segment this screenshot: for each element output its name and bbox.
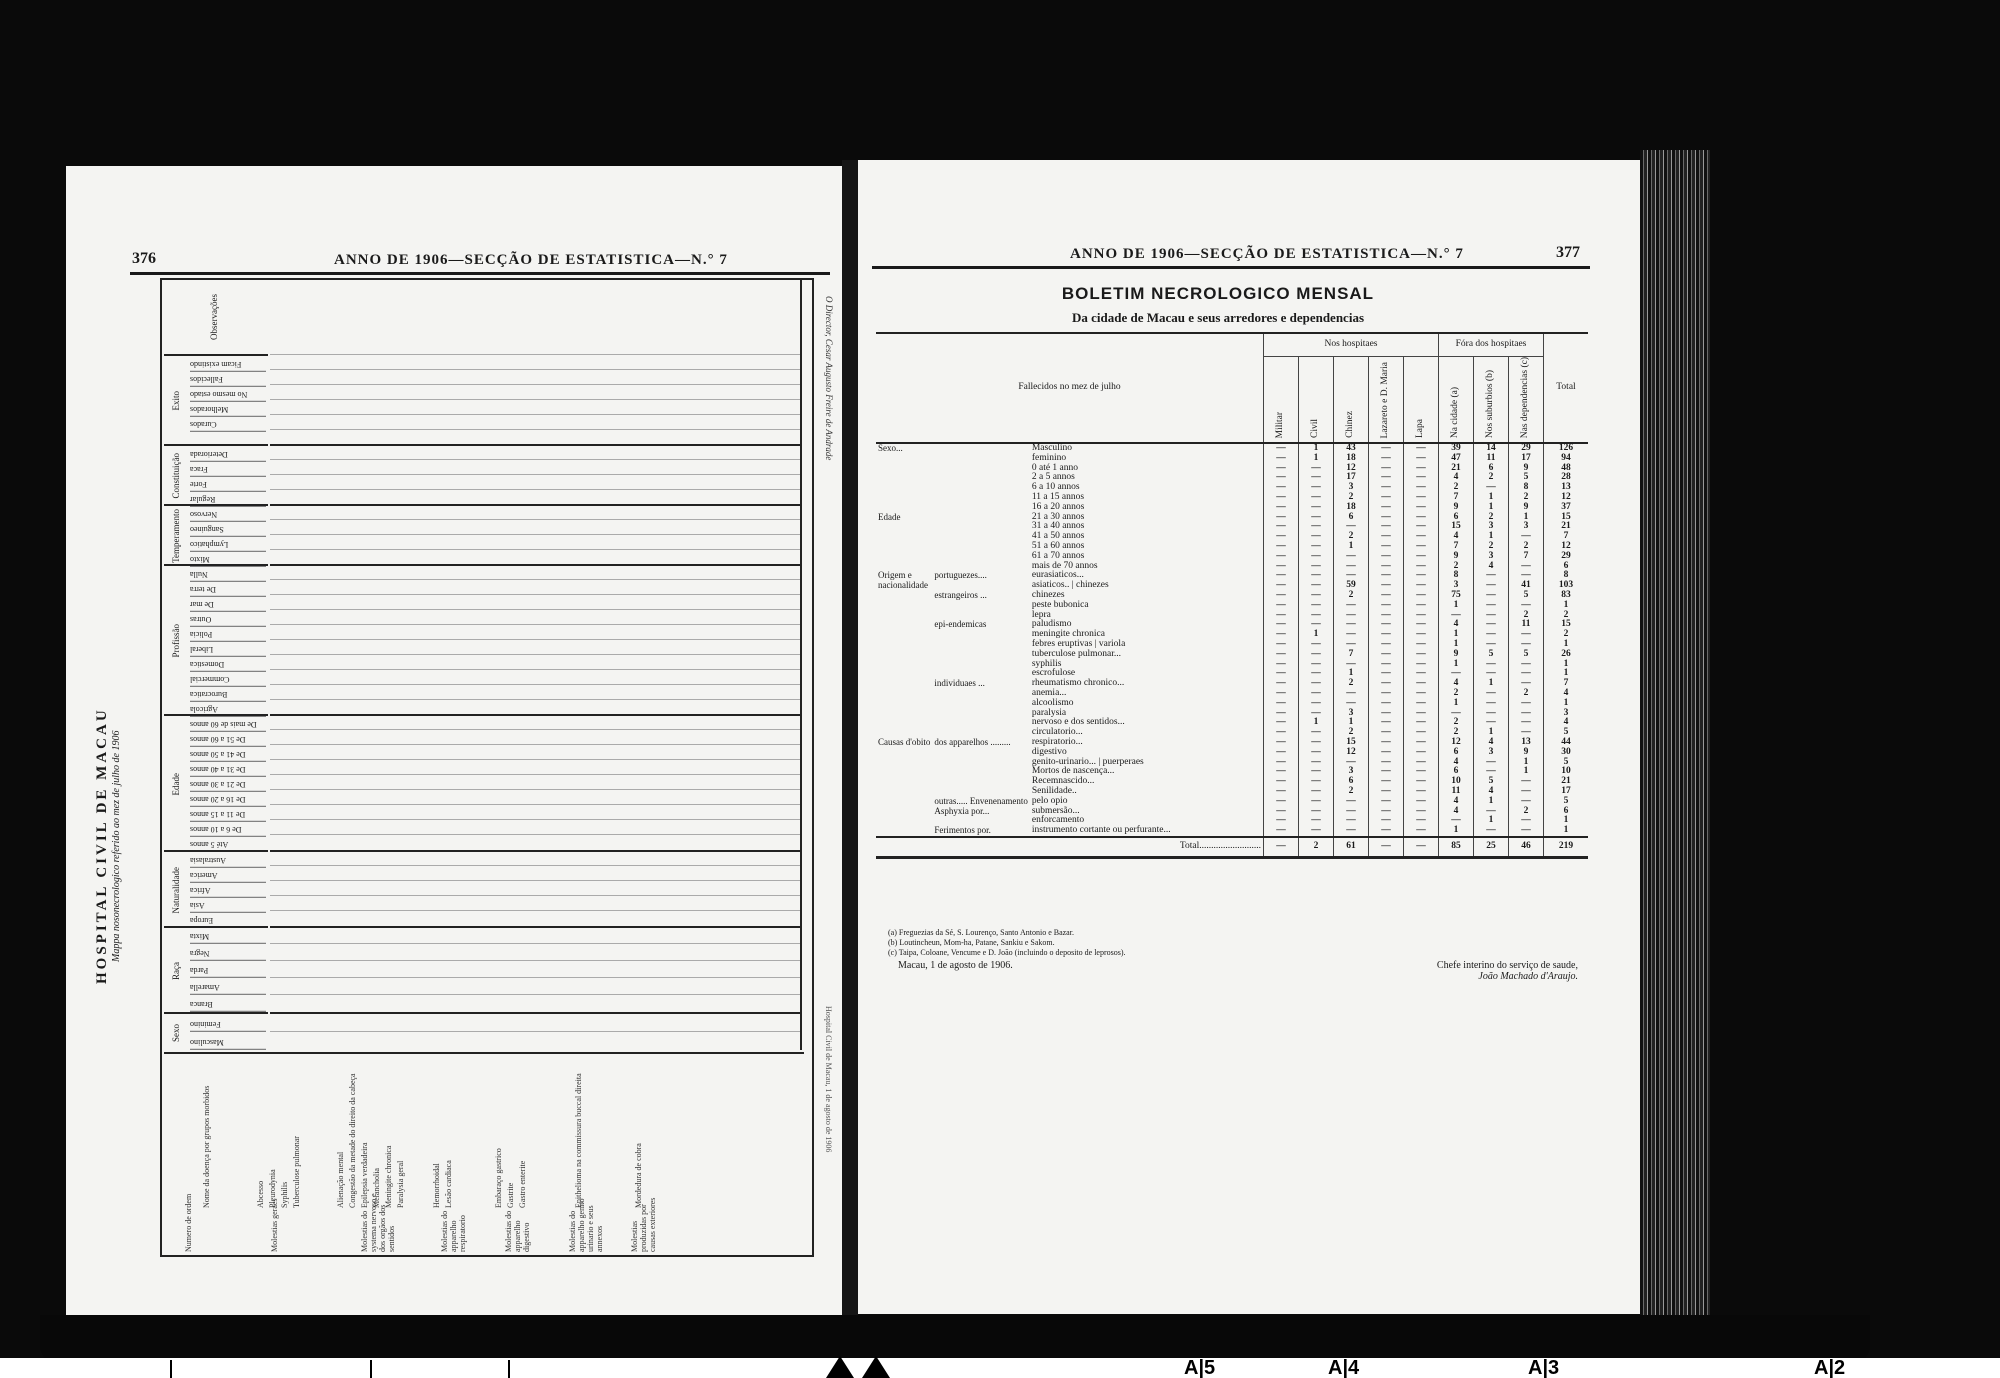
col-label: Melhorados xyxy=(190,401,266,417)
col-label: Nulla xyxy=(190,566,266,582)
disease-item: Paralysia geral xyxy=(396,1058,405,1208)
table-cell xyxy=(876,787,932,797)
table-cell xyxy=(932,464,1029,474)
table-cell: — xyxy=(1264,826,1299,837)
table-cell xyxy=(932,718,1029,728)
footnote-c: (c) Taipa, Coloane, Vencume e D. João (i… xyxy=(888,948,1126,958)
table-cell: Asphyxia por... xyxy=(932,807,1029,817)
col-label: De terra xyxy=(190,581,266,597)
table-row: febres eruptivas | variola—————1——1 xyxy=(876,640,1588,650)
col-lazareto: Lazareto e D. Maria xyxy=(1381,362,1391,438)
table-cell xyxy=(932,777,1029,787)
hospital-title: HOSPITAL CIVIL DE MACAU xyxy=(94,496,111,1196)
table-cell xyxy=(932,493,1029,503)
hospital-subtitle: Mappa nosonecrologico referido ao mez de… xyxy=(111,496,122,1196)
observacoes-label: Observações xyxy=(209,294,219,340)
table-cell xyxy=(876,630,932,640)
table-cell: epi-endemicas xyxy=(932,620,1029,630)
scan-ruler: A|5 A|4 A|3 A|2 xyxy=(0,1358,2000,1378)
left-running-head: ANNO DE 1906—SECÇÃO DE ESTATISTICA—N.° 7 xyxy=(334,252,728,269)
table-cell xyxy=(876,679,932,689)
total-cell: 219 xyxy=(1544,837,1589,858)
rotated-data-grid xyxy=(270,280,800,1050)
col-label: De 16 a 20 annos xyxy=(190,791,266,807)
table-row: Causas d'obitodos apparelhos .........re… xyxy=(876,738,1588,748)
table-cell: — xyxy=(1474,826,1509,837)
table-cell: — xyxy=(1299,826,1334,837)
total-cell: 25 xyxy=(1474,837,1509,858)
left-footer-note: Hospital Civil de Macau, 1 de agosto de … xyxy=(824,1006,833,1152)
disease-item: Gastro enterite xyxy=(518,1058,527,1208)
table-cell xyxy=(932,640,1029,650)
table-row: estrangeiros ...chinezes——2——75—583 xyxy=(876,591,1588,601)
table-cell: Edade xyxy=(876,513,932,523)
group-temperamento: Temperamento Nervoso Sanguineo Lymphatic… xyxy=(164,504,268,566)
table-cell: instrumento cortante ou perfurante... xyxy=(1030,826,1264,837)
table-cell: tuberculose pulmonar... xyxy=(1030,650,1264,660)
bulletin-title: BOLETIM NECROLOGICO MENSAL xyxy=(858,284,1578,304)
group-sexo: Sexo Feminino Masculino xyxy=(164,1012,268,1052)
right-running-head: ANNO DE 1906—SECÇÃO DE ESTATISTICA—N.° 7 xyxy=(1070,246,1464,263)
table-row: 61 a 70 annos—————93729 xyxy=(876,552,1588,562)
table-cell xyxy=(876,620,932,630)
rotated-column-headers: Observações Exito Ficam existindo Fallec… xyxy=(164,280,268,1050)
table-row: paralysia——3—————3 xyxy=(876,709,1588,719)
col-suburbios: Nos suburbios (b) xyxy=(1486,370,1496,438)
table-cell xyxy=(876,473,932,483)
col-label: Asia xyxy=(190,897,266,913)
table-cell xyxy=(876,758,932,768)
table-cell xyxy=(876,552,932,562)
col-label: Fallecidos xyxy=(190,371,266,387)
col-label: De 31 a 40 annos xyxy=(190,761,266,777)
col-label: De 11 a 15 annos xyxy=(190,806,266,822)
table-row: 31 a 40 annos—————153321 xyxy=(876,522,1588,532)
disease-item: Melancholia xyxy=(372,1058,381,1208)
col-label: Australasia xyxy=(190,852,266,868)
col-label: Africa xyxy=(190,882,266,898)
col-label: Amarella xyxy=(190,979,266,995)
necrology-table: Fallecidos no mez de julho Nos hospitaes… xyxy=(876,332,1588,859)
group-naturalidade: Naturalidade Australasia America Africa … xyxy=(164,850,268,928)
total-header: Total xyxy=(1544,333,1589,443)
table-cell: estrangeiros ... xyxy=(932,591,1029,601)
table-cell xyxy=(932,689,1029,699)
col-label: De 51 a 60 annos xyxy=(190,731,266,747)
table-row: 2 a 5 annos——17——42528 xyxy=(876,473,1588,483)
right-page: ANNO DE 1906—SECÇÃO DE ESTATISTICA—N.° 7… xyxy=(858,160,1648,1314)
table-cell xyxy=(932,758,1029,768)
col-label: Ficam existindo xyxy=(190,356,266,372)
total-cell: 2 xyxy=(1299,837,1334,858)
place-date: Macau, 1 de agosto de 1906. xyxy=(898,960,1013,971)
group-label: Edade xyxy=(171,773,181,796)
left-arrow-marker-icon xyxy=(826,1356,854,1378)
table-row: individuaes ...rheumatismo chronico...——… xyxy=(876,679,1588,689)
table-row: 0 até 1 anno——12——216948 xyxy=(876,464,1588,474)
table-cell xyxy=(932,767,1029,777)
table-cell xyxy=(876,493,932,503)
table-row: 6 a 10 annos——3——2—813 xyxy=(876,483,1588,493)
table-row: genito-urinario... | puerperaes—————4—15 xyxy=(876,758,1588,768)
ruler-mark: A|4 xyxy=(1328,1358,1359,1378)
disease-item: Epilepsia verdadeira xyxy=(360,1058,369,1208)
hospital-title-block: HOSPITAL CIVIL DE MACAU Mappa nosonecrol… xyxy=(94,496,134,1196)
row-header: Fallecidos no mez de julho xyxy=(876,333,1264,443)
disease-names-area: Nome da doença por grupos morbidos Numer… xyxy=(164,1052,804,1254)
table-cell xyxy=(932,552,1029,562)
table-cell xyxy=(932,473,1029,483)
disease-item: Abcesso xyxy=(256,1058,265,1208)
table-cell: — xyxy=(1369,826,1404,837)
table-cell xyxy=(876,640,932,650)
table-cell xyxy=(876,532,932,542)
table-cell xyxy=(932,503,1029,513)
out-hospitals-header: Fóra dos hospitaes xyxy=(1439,333,1544,357)
col-label: Masculino xyxy=(190,1034,266,1050)
table-cell xyxy=(932,709,1029,719)
table-cell: 1 xyxy=(1544,826,1589,837)
total-cell: — xyxy=(1264,837,1299,858)
table-cell xyxy=(932,748,1029,758)
col-label: Liberal xyxy=(190,641,266,657)
table-cell xyxy=(876,718,932,728)
table-cell: dos apparelhos ......... xyxy=(932,738,1029,748)
director-signature: O Director, Cesar Augusto Freire de Andr… xyxy=(824,296,834,496)
disease-group-label: Molestias do apparelho genito urinario e… xyxy=(568,1192,604,1252)
table-cell xyxy=(932,513,1029,523)
table-cell: individuaes ... xyxy=(932,679,1029,689)
total-cell: — xyxy=(1369,837,1404,858)
signature-title: Chefe interino do serviço de saude, xyxy=(1437,960,1578,971)
table-row: 41 a 50 annos——2——41—7 xyxy=(876,532,1588,542)
disease-item: Pleurodynia xyxy=(268,1058,277,1208)
group-raca: Raça Mixta Negra Parda Amarella Branca xyxy=(164,926,268,1014)
row-total-column xyxy=(800,280,814,1050)
header-rule xyxy=(872,266,1590,269)
table-cell: Sexo... xyxy=(876,443,932,454)
table-cell xyxy=(876,826,932,837)
col-label: Domestica xyxy=(190,656,266,672)
group-exito: Exito Ficam existindo Fallecidos No mesm… xyxy=(164,354,268,446)
table-row: syphilis—————1——1 xyxy=(876,660,1588,670)
col-na-cidade: Na cidade (a) xyxy=(1451,387,1461,438)
disease-item: Tuberculose pulmonar xyxy=(292,1058,301,1208)
col-label: No mesmo estado xyxy=(190,386,266,402)
table-cell: Causas d'obito xyxy=(876,738,932,748)
table-cell xyxy=(876,611,932,621)
table-cell xyxy=(932,522,1029,532)
disease-group-label: Molestias geraes xyxy=(270,1192,279,1252)
group-profissao: Profissão Nulla De terra De mar Outras P… xyxy=(164,564,268,716)
ruler-mark: A|2 xyxy=(1814,1358,1845,1378)
table-cell xyxy=(932,532,1029,542)
table-cell xyxy=(876,709,932,719)
disease-item: Epithelioma na commissura buccal direita xyxy=(574,1058,583,1208)
table-cell xyxy=(876,522,932,532)
group-label: Temperamento xyxy=(171,509,181,563)
book-page-edges xyxy=(1640,150,1710,1320)
table-row: meningite chronica—1———1——2 xyxy=(876,630,1588,640)
disease-group-label: Molestias do systema nervoso e dos orgão… xyxy=(360,1192,390,1252)
in-hospitals-header: Nos hospitaes xyxy=(1264,333,1439,357)
left-page-number: 376 xyxy=(132,250,156,268)
table-cell xyxy=(932,443,1029,454)
table-cell xyxy=(876,454,932,464)
ruler-mark: A|3 xyxy=(1528,1358,1559,1378)
table-row: 16 a 20 annos——18——91937 xyxy=(876,503,1588,513)
col-label: De 21 a 30 annos xyxy=(190,776,266,792)
book-gutter xyxy=(842,160,858,1330)
table-cell: peste bubonica xyxy=(1030,601,1264,611)
total-cell: 61 xyxy=(1334,837,1369,858)
footnote-b: (b) Loutincheun, Mom-ha, Patane, Sankiu … xyxy=(888,938,1126,948)
col-label: Fraca xyxy=(190,461,266,477)
col-label: Commercial xyxy=(190,671,266,687)
table-cell xyxy=(932,660,1029,670)
col-label: Parda xyxy=(190,962,266,978)
col-label: Forte xyxy=(190,476,266,492)
necrology-body: Sexo...Masculino—143——391429126feminino—… xyxy=(876,443,1588,837)
col-label: Feminino xyxy=(190,1016,266,1032)
col-label: Deteriorada xyxy=(190,446,266,462)
disease-group-label: Molestias produzidas por causas exterior… xyxy=(630,1192,657,1252)
table-cell xyxy=(876,660,932,670)
table-cell xyxy=(876,650,932,660)
col-militar: Militar xyxy=(1276,412,1286,438)
table-row: Edade21 a 30 annos——6——62115 xyxy=(876,513,1588,523)
table-row: peste bubonica—————1——1 xyxy=(876,601,1588,611)
right-arrow-marker-icon xyxy=(862,1356,890,1378)
disease-column-header: Nome da doença por grupos morbidos xyxy=(202,1058,211,1208)
table-row: feminino—118——47111794 xyxy=(876,454,1588,464)
table-cell xyxy=(932,699,1029,709)
col-label: Nervoso xyxy=(190,506,266,522)
col-label: Burocratica xyxy=(190,686,266,702)
table-row: Sexo...Masculino—143——391429126 xyxy=(876,443,1588,454)
total-cell: 46 xyxy=(1509,837,1544,858)
table-cell xyxy=(876,542,932,552)
col-label: Negra xyxy=(190,945,266,961)
bulletin-subtitle: Da cidade de Macau e seus arredores e de… xyxy=(858,310,1578,326)
table-cell: 1 xyxy=(1439,826,1474,837)
group-observacoes: Observações xyxy=(164,280,268,354)
group-label: Naturalidade xyxy=(171,867,181,913)
table-cell xyxy=(876,669,932,679)
table-row: Ferimentos por.instrumento cortante ou p… xyxy=(876,826,1588,837)
table-cell xyxy=(932,601,1029,611)
table-cell xyxy=(932,630,1029,640)
col-chinez: Chinez xyxy=(1346,411,1356,438)
disease-group-label: Molestias do apparelho digestivo xyxy=(504,1192,531,1252)
disease-item: Alienação mental xyxy=(336,1058,345,1208)
disease-item: Syphilis xyxy=(280,1058,289,1208)
right-page-number: 377 xyxy=(1556,244,1580,262)
table-row: anemia...—————2—24 xyxy=(876,689,1588,699)
col-label: De mar xyxy=(190,596,266,612)
health-chief-signature: Chefe interino do serviço de saude, João… xyxy=(1437,960,1578,982)
table-cell xyxy=(876,777,932,787)
table-cell xyxy=(876,767,932,777)
col-label: Branca xyxy=(190,996,266,1012)
table-cell: — xyxy=(1334,826,1369,837)
col-label: De 41 a 50 annos xyxy=(190,746,266,762)
table-cell xyxy=(876,591,932,601)
table-cell xyxy=(876,748,932,758)
table-cell xyxy=(876,601,932,611)
group-label: Exito xyxy=(171,391,181,411)
table-cell xyxy=(876,816,932,826)
disease-item: Mordedura de cobra xyxy=(634,1058,643,1208)
group-edade: Edade De mais de 60 annos De 51 a 60 ann… xyxy=(164,714,268,852)
table-cell xyxy=(932,483,1029,493)
table-cell xyxy=(876,689,932,699)
col-label: America xyxy=(190,867,266,883)
table-cell: portuguezes.... xyxy=(932,571,1029,581)
total-cell: — xyxy=(1404,837,1439,858)
table-row: alcoolismo—————1——1 xyxy=(876,699,1588,709)
col-civil: Civil xyxy=(1311,419,1321,438)
group-label: Sexo xyxy=(171,1024,181,1042)
table-row: nervoso e dos sentidos...—11——2——4 xyxy=(876,718,1588,728)
col-label: Lymphatico xyxy=(190,536,266,552)
col-label: De 6 a 10 annos xyxy=(190,821,266,837)
table-row: epi-endemicaspaludismo—————4—1115 xyxy=(876,620,1588,630)
col-dependencias: Nas dependencias (c) xyxy=(1521,357,1531,438)
footnote-a: (a) Freguezias da Sé, S. Lourenço, Santo… xyxy=(888,928,1126,938)
table-row: Recemnascido...——6——105—21 xyxy=(876,777,1588,787)
table-row: tuberculose pulmonar...——7——95526 xyxy=(876,650,1588,660)
table-cell xyxy=(876,797,932,807)
total-label: Total.......................... xyxy=(876,837,1264,858)
disease-item: Congestão da metade do direito da cabeça xyxy=(348,1058,357,1208)
table-row: digestivo——12——63930 xyxy=(876,748,1588,758)
total-row: Total.......................... — 2 61 —… xyxy=(876,837,1588,858)
table-row: 51 a 60 annos——1——72212 xyxy=(876,542,1588,552)
table-cell xyxy=(932,650,1029,660)
table-cell xyxy=(932,542,1029,552)
group-label: Profissão xyxy=(171,624,181,658)
table-cell xyxy=(932,454,1029,464)
col-label: Outras xyxy=(190,611,266,627)
col-label: Policia xyxy=(190,626,266,642)
disease-item: Hemorrhoidal xyxy=(432,1058,441,1208)
col-lapa: Lapa xyxy=(1416,419,1426,438)
ruler-mark: A|5 xyxy=(1184,1358,1215,1378)
col-label: De mais de 60 annos xyxy=(190,716,266,732)
header-rule xyxy=(130,272,830,275)
table-row: Origem eportuguezes....eurasiaticos...——… xyxy=(876,571,1588,581)
disease-item: Embaraço gastrico xyxy=(494,1058,503,1208)
table-cell xyxy=(876,699,932,709)
signature-name: João Machado d'Araujo. xyxy=(1437,971,1578,982)
disease-group-label: Molestias do apparelho respiratorio xyxy=(440,1192,467,1252)
group-constituicao: Constituição Deteriorada Fraca Forte Reg… xyxy=(164,444,268,506)
disease-item: Gastrite xyxy=(506,1058,515,1208)
col-label: Sanguineo xyxy=(190,521,266,537)
table-cell: Ferimentos por. xyxy=(932,826,1029,837)
footnotes: (a) Freguezias da Sé, S. Lourenço, Santo… xyxy=(888,928,1126,958)
disease-item: Meningite chronica xyxy=(384,1058,393,1208)
table-row: Mortos de nascença...——3——6—110 xyxy=(876,767,1588,777)
col-label: Curados xyxy=(190,416,266,432)
table-cell: nacionalidade xyxy=(876,581,932,591)
col-label: Mixta xyxy=(190,928,266,944)
table-cell xyxy=(876,807,932,817)
order-column-header: Numero de ordem xyxy=(184,1192,193,1252)
table-cell xyxy=(876,464,932,474)
disease-item: Lesão cardiaca xyxy=(444,1058,453,1208)
total-cell: 85 xyxy=(1439,837,1474,858)
table-cell: — xyxy=(1509,826,1544,837)
left-page: 376 ANNO DE 1906—SECÇÃO DE ESTATISTICA—N… xyxy=(66,166,842,1322)
table-row: 11 a 15 annos——2——71212 xyxy=(876,493,1588,503)
group-label: Constituição xyxy=(171,453,181,499)
table-cell: — xyxy=(1404,826,1439,837)
table-cell xyxy=(876,483,932,493)
group-label: Raça xyxy=(171,962,181,980)
table-row: Asphyxia por...submersão...—————4—26 xyxy=(876,807,1588,817)
